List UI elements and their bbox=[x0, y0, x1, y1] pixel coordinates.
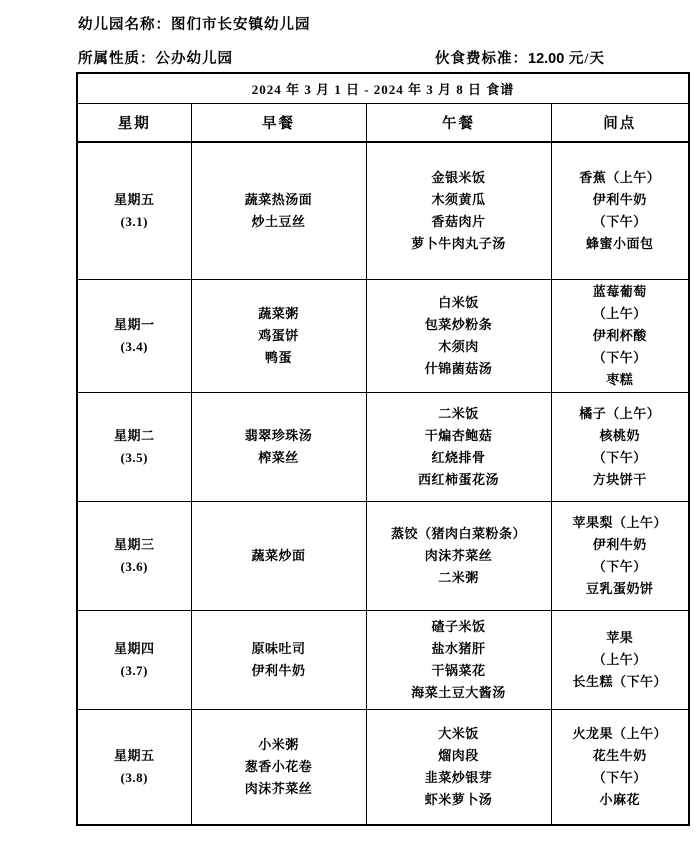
lunch-cell: 蒸饺（猪肉白菜粉条）肉沫芥菜丝二米粥 bbox=[366, 502, 551, 611]
day-cell: 星期一(3.4) bbox=[77, 280, 191, 393]
table-row: 星期二(3.5) 翡翠珍珠汤榨菜丝 二米饭干煸杏鲍菇红烧排骨西红柿蛋花汤 橘子（… bbox=[77, 393, 689, 502]
lunch-cell: 金银米饭木须黄瓜香菇肉片萝卜牛肉丸子汤 bbox=[366, 142, 551, 280]
snack-cell: 橘子（上午）核桃奶（下午）方块饼干 bbox=[551, 393, 689, 502]
col-header-breakfast: 早餐 bbox=[191, 104, 366, 143]
col-header-weekday: 星期 bbox=[77, 104, 191, 143]
table-header-row: 星期 早餐 午餐 间点 bbox=[77, 104, 689, 143]
snack-cell: 苹果（上午）长生糕（下午） bbox=[551, 611, 689, 710]
lunch-cell: 二米饭干煸杏鲍菇红烧排骨西红柿蛋花汤 bbox=[366, 393, 551, 502]
table-title: 2024 年 3 月 1 日 - 2024 年 3 月 8 日 食谱 bbox=[77, 73, 689, 104]
col-header-snack: 间点 bbox=[551, 104, 689, 143]
day-cell: 星期三(3.6) bbox=[77, 502, 191, 611]
table-row: 星期四(3.7) 原味吐司伊利牛奶 碴子米饭盐水猪肝干锅菜花海菜土豆大酱汤 苹果… bbox=[77, 611, 689, 710]
table-title-row: 2024 年 3 月 1 日 - 2024 年 3 月 8 日 食谱 bbox=[77, 73, 689, 104]
table-row: 星期五(3.8) 小米粥葱香小花卷肉沫芥菜丝 大米饭熘肉段韭菜炒银芽虾米萝卜汤 … bbox=[77, 710, 689, 826]
kindergarten-name-line: 幼儿园名称：图们市长安镇幼儿园 bbox=[78, 13, 311, 34]
day-cell: 星期四(3.7) bbox=[77, 611, 191, 710]
breakfast-cell: 蔬菜炒面 bbox=[191, 502, 366, 611]
ownership-type-label: 所属性质： bbox=[78, 51, 156, 67]
meal-fee-value: 12.00 bbox=[528, 51, 564, 67]
lunch-cell: 碴子米饭盐水猪肝干锅菜花海菜土豆大酱汤 bbox=[366, 611, 551, 710]
ownership-type-value: 公办幼儿园 bbox=[156, 51, 234, 67]
breakfast-cell: 蔬菜粥鸡蛋饼鸭蛋 bbox=[191, 280, 366, 393]
breakfast-cell: 翡翠珍珠汤榨菜丝 bbox=[191, 393, 366, 502]
meal-fee-label: 伙食费标准： bbox=[435, 51, 528, 67]
kindergarten-name-value: 图们市长安镇幼儿园 bbox=[171, 17, 311, 33]
lunch-cell: 大米饭熘肉段韭菜炒银芽虾米萝卜汤 bbox=[366, 710, 551, 826]
ownership-type-line: 所属性质：公办幼儿园 bbox=[78, 47, 233, 68]
meal-fee-unit: 元/天 bbox=[564, 51, 605, 67]
breakfast-cell: 小米粥葱香小花卷肉沫芥菜丝 bbox=[191, 710, 366, 826]
day-cell: 星期五(3.8) bbox=[77, 710, 191, 826]
menu-table: 2024 年 3 月 1 日 - 2024 年 3 月 8 日 食谱 星期 早餐… bbox=[76, 72, 690, 826]
meal-fee-line: 伙食费标准：12.00 元/天 bbox=[435, 47, 605, 68]
snack-cell: 香蕉（上午）伊利牛奶（下午）蜂蜜小面包 bbox=[551, 142, 689, 280]
table-row: 星期五(3.1) 蔬菜热汤面炒土豆丝 金银米饭木须黄瓜香菇肉片萝卜牛肉丸子汤 香… bbox=[77, 142, 689, 280]
snack-cell: 蓝莓葡萄（上午）伊利杯酸（下午）枣糕 bbox=[551, 280, 689, 393]
kindergarten-name-label: 幼儿园名称： bbox=[78, 17, 171, 33]
lunch-cell: 白米饭包菜炒粉条木须肉什锦菌菇汤 bbox=[366, 280, 551, 393]
snack-cell: 火龙果（上午）花生牛奶（下午）小麻花 bbox=[551, 710, 689, 826]
table-row: 星期一(3.4) 蔬菜粥鸡蛋饼鸭蛋 白米饭包菜炒粉条木须肉什锦菌菇汤 蓝莓葡萄（… bbox=[77, 280, 689, 393]
day-cell: 星期五(3.1) bbox=[77, 142, 191, 280]
breakfast-cell: 蔬菜热汤面炒土豆丝 bbox=[191, 142, 366, 280]
snack-cell: 苹果梨（上午）伊利牛奶（下午）豆乳蛋奶饼 bbox=[551, 502, 689, 611]
day-cell: 星期二(3.5) bbox=[77, 393, 191, 502]
table-row: 星期三(3.6) 蔬菜炒面 蒸饺（猪肉白菜粉条）肉沫芥菜丝二米粥 苹果梨（上午）… bbox=[77, 502, 689, 611]
breakfast-cell: 原味吐司伊利牛奶 bbox=[191, 611, 366, 710]
col-header-lunch: 午餐 bbox=[366, 104, 551, 143]
